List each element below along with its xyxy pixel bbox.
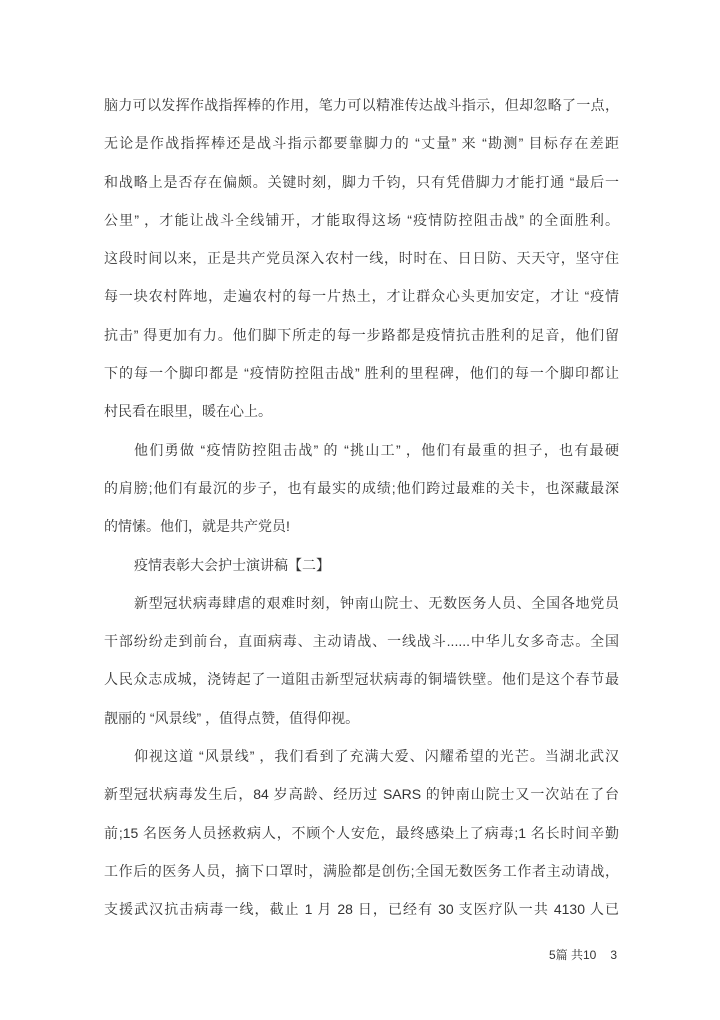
text-line: 的情愫。他们，就是共产党员!	[104, 507, 619, 545]
text-line: 和战略上是否存在偏颇。关键时刻，脚力千钧，只有凭借脚力才能打通 “最后一	[104, 163, 619, 201]
text-line: 的肩膀;他们有最沉的步子，也有最实的成绩;他们跨过最难的关卡，也深藏最深	[104, 469, 619, 507]
footer-info: 5篇 共10	[549, 948, 596, 962]
text-line: 下的每一个脚印都是 “疫情防控阻击战” 胜利的里程碑，他们的每一个脚印都让	[104, 354, 619, 392]
text-line: 无论是作战指挥棒还是战斗指示都要靠脚力的 “丈量” 来 “勘测” 目标存在差距	[104, 124, 619, 162]
text-line: 新型冠状病毒发生后，84 岁高龄、经历过 SARS 的钟南山院士又一次站在了台	[104, 775, 619, 813]
text-line: 每一块农村阵地，走遍农村的每一片热土，才让群众心头更加安定，才让 “疫情	[104, 277, 619, 315]
text-line: 这段时间以来，正是共产党员深入农村一线，时时在、日日防、天天守，坚守住	[104, 239, 619, 277]
text-line: 抗击” 得更加有力。他们脚下所走的每一步路都是疫情抗击胜利的足音，他们留	[104, 316, 619, 354]
text-line: 他们勇做 “疫情防控阻击战” 的 “挑山工” ，他们有最重的担子，也有最硬	[104, 431, 619, 469]
text-column: 脑力可以发挥作战指挥棒的作用，笔力可以精准传达战斗指示，但却忽略了一点， 无论是…	[104, 86, 619, 929]
page-number: 3	[610, 948, 617, 962]
text-line: 支援武汉抗击病毒一线，截止 1 月 28 日，已经有 30 支医疗队一共 413…	[104, 890, 619, 928]
text-line: 人民众志成城，浇铸起了一道阻击新型冠状病毒的铜墙铁壁。他们是这个春节最	[104, 660, 619, 698]
text-line: 干部纷纷走到前台，直面病毒、主动请战、一线战斗......中华儿女多奇志。全国	[104, 622, 619, 660]
text-line: 仰视这道 “风景线” ，我们看到了充满大爱、闪耀希望的光芒。当湖北武汉	[104, 737, 619, 775]
text-line: 村民看在眼里，暖在心上。	[104, 392, 619, 430]
section-heading: 疫情表彰大会护士演讲稿【二】	[104, 546, 619, 584]
text-line: 工作后的医务人员，摘下口罩时，满脸都是创伤;全国无数医务工作者主动请战，	[104, 852, 619, 890]
text-line: 脑力可以发挥作战指挥棒的作用，笔力可以精准传达战斗指示，但却忽略了一点，	[104, 86, 619, 124]
text-line: 新型冠状病毒肆虐的艰难时刻，钟南山院士、无数医务人员、全国各地党员	[104, 584, 619, 622]
text-line: 前;15 名医务人员拯救病人，不顾个人安危，最终感染上了病毒;1 名长时间辛勤	[104, 814, 619, 852]
text-line: 靓丽的 “风景线” ，值得点赞，值得仰视。	[104, 699, 619, 737]
text-line: 公里” ，才能让战斗全线铺开，才能取得这场 “疫情防控阻击战” 的全面胜利。	[104, 201, 619, 239]
document-page: 脑力可以发挥作战指挥棒的作用，笔力可以精准传达战斗指示，但却忽略了一点， 无论是…	[0, 0, 720, 1020]
page-footer: 5篇 共103	[549, 946, 617, 963]
